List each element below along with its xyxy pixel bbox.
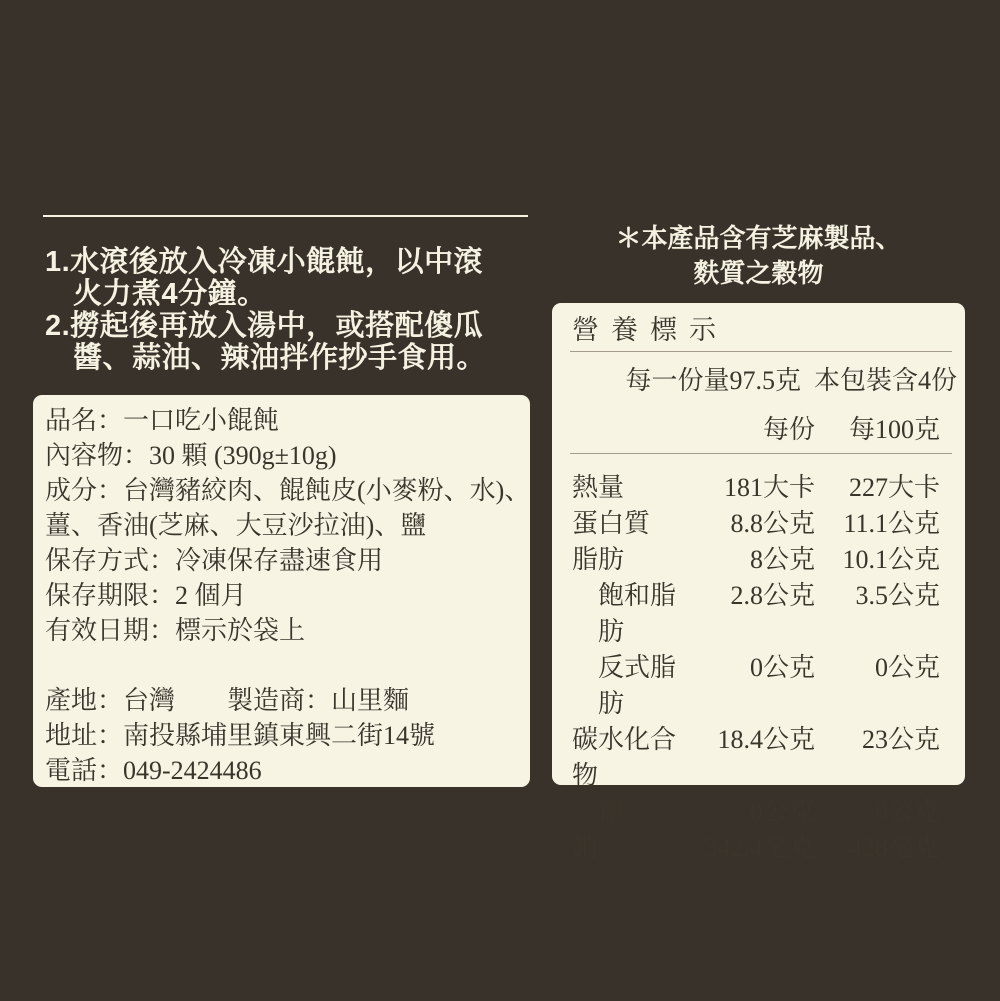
manufacturer-phone: 電話：049-2424486 xyxy=(45,753,520,788)
cooking-instructions: 1.水滾後放入冷凍小餛飩，以中滾 火力煮4分鐘。 2.撈起後再放入湯中，或搭配傻… xyxy=(45,246,540,374)
instruction-line: 火力煮4分鐘。 xyxy=(45,278,540,310)
nutrition-row-value: 181大卡 xyxy=(695,470,815,506)
storage-method: 保存方式：冷凍保存盡速食用 xyxy=(45,543,520,578)
nutrition-row-label: 飽和脂肪 xyxy=(572,578,695,650)
nutrition-row-value: 342.4毫克 xyxy=(695,830,815,866)
nutrition-row-value: 0公克 xyxy=(695,794,815,830)
column-header-per-100g: 每100克 xyxy=(815,412,940,448)
nutrition-column-headers: 每份 每100克 xyxy=(552,412,965,448)
nutrition-row-label: 糖 xyxy=(572,794,695,830)
manufacturer-address: 地址：南投縣埔里鎮東興二街14號 xyxy=(45,718,520,753)
nutrition-title: 營養標示 xyxy=(572,314,965,346)
nutrition-row-value: 0公克 xyxy=(815,650,940,722)
product-ingredients: 薑、香油(芝麻、大豆沙拉油)、鹽 xyxy=(45,508,520,543)
nutrition-divider-top xyxy=(570,351,952,352)
nutrition-row-value: 23公克 xyxy=(815,722,940,794)
nutrition-row-value: 18.4公克 xyxy=(695,722,815,794)
product-ingredients: 成分：台灣豬絞肉、餛飩皮(小麥粉、水)、 xyxy=(45,473,520,508)
nutrition-row-value: 11.1公克 xyxy=(815,506,940,542)
label-canvas: 1.水滾後放入冷凍小餛飩，以中滾 火力煮4分鐘。 2.撈起後再放入湯中，或搭配傻… xyxy=(0,0,1000,1001)
product-contents: 內容物：30 顆 (390g±10g) xyxy=(45,438,520,473)
serving-size-line: 每一份量97.5克 本包裝含4份 xyxy=(552,363,965,399)
nutrition-divider-header xyxy=(570,453,952,454)
nutrition-row-value: 0公克 xyxy=(815,794,940,830)
nutrition-row-value: 2.8公克 xyxy=(695,578,815,650)
product-info-card: 品名：一口吃小餛飩 內容物：30 顆 (390g±10g) 成分：台灣豬絞肉、餛… xyxy=(33,395,530,787)
instruction-line: 1.水滾後放入冷凍小餛飩，以中滾 xyxy=(45,246,540,278)
nutrition-row-value: 10.1公克 xyxy=(815,542,940,578)
nutrition-row-value: 0公克 xyxy=(695,650,815,722)
allergen-line: 麩質之穀物 xyxy=(552,256,965,291)
nutrition-row-label: 脂肪 xyxy=(572,542,695,578)
allergen-line: ＊本產品含有芝麻製品、 xyxy=(552,221,965,256)
product-name: 品名：一口吃小餛飩 xyxy=(45,403,520,438)
nutrition-row-value: 227大卡 xyxy=(815,470,940,506)
nutrition-row-value: 8.8公克 xyxy=(695,506,815,542)
instruction-line: 2.撈起後再放入湯中，或搭配傻瓜 xyxy=(45,310,540,342)
nutrition-row-label: 碳水化合物 xyxy=(572,722,695,794)
nutrition-facts-card: 營養標示 每一份量97.5克 本包裝含4份 每份 每100克 熱量 181大卡 … xyxy=(552,303,965,785)
nutrition-row-label: 反式脂肪 xyxy=(572,650,695,722)
column-header-spacer xyxy=(572,412,695,448)
nutrition-row-label: 鈉 xyxy=(572,830,695,866)
nutrition-row-value: 8公克 xyxy=(695,542,815,578)
nutrition-row-value: 3.5公克 xyxy=(815,578,940,650)
allergen-notice: ＊本產品含有芝麻製品、 麩質之穀物 xyxy=(552,221,965,291)
column-header-per-serving: 每份 xyxy=(695,412,815,448)
expiry-date: 有效日期：標示於袋上 xyxy=(45,613,520,648)
instruction-line: 醬、蒜油、辣油拌作抄手食用。 xyxy=(45,342,540,374)
nutrition-table: 熱量 181大卡 227大卡 蛋白質 8.8公克 11.1公克 脂肪 8公克 1… xyxy=(552,470,965,866)
top-divider-line xyxy=(43,215,528,217)
nutrition-row-value: 428毫克 xyxy=(815,830,940,866)
nutrition-row-label: 蛋白質 xyxy=(572,506,695,542)
origin-manufacturer: 產地：台灣 製造商：山里麵 xyxy=(45,683,520,718)
nutrition-row-label: 熱量 xyxy=(572,470,695,506)
shelf-life: 保存期限：2 個月 xyxy=(45,578,520,613)
